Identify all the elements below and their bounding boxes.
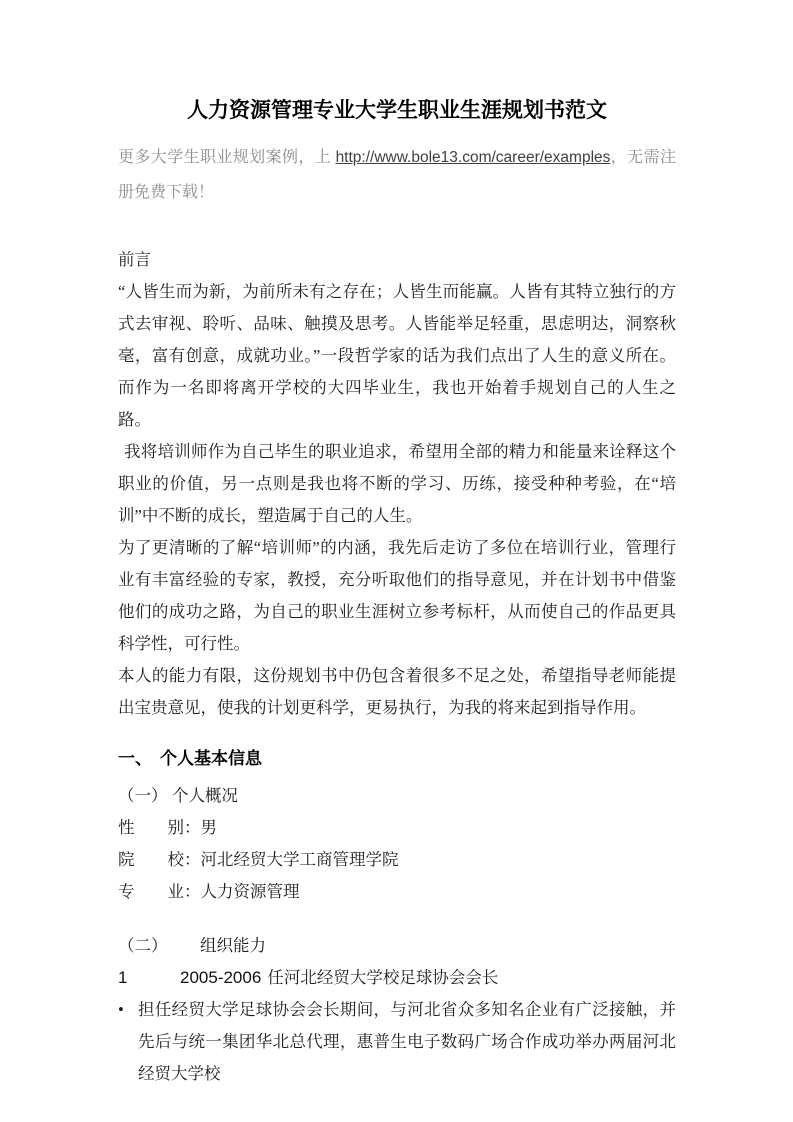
profile-field-gender-label: 性 别： xyxy=(118,818,201,837)
preface-heading: 前言 xyxy=(118,244,676,276)
promo-prefix: 更多大学生职业规划案例，上 xyxy=(118,149,336,166)
profile-field-school: 院 校：河北经贸大学工商管理学院 xyxy=(118,844,676,876)
subsection-1-2-label: （二） xyxy=(118,930,200,962)
org-ability-item-1-period: 2005-2006 xyxy=(180,968,267,987)
promo-line: 更多大学生职业规划案例，上 http://www.bole13.com/care… xyxy=(118,140,676,210)
preface-paragraph-1: “人皆生而为新，为前所未有之存在；人皆生而能赢。人皆有其特立独行的方式去审视、聆… xyxy=(118,276,676,436)
subsection-1-1-label: （一） xyxy=(118,780,172,812)
section-1-heading: 一、个人基本信息 xyxy=(118,744,676,774)
section-1-title: 个人基本信息 xyxy=(160,749,262,768)
preface-paragraph-2: 我将培训师作为自己毕生的职业追求，希望用全部的精力和能量来诠释这个职业的价值，另… xyxy=(118,436,676,532)
document-title: 人力资源管理专业大学生职业生涯规划书范文 xyxy=(118,96,676,126)
profile-field-major-value: 人力资源管理 xyxy=(201,882,300,901)
subsection-1-1-title: 个人概况 xyxy=(172,786,238,805)
org-ability-item-1-role: 任河北经贸大学校足球协会会长 xyxy=(267,968,498,987)
org-ability-bullet-text: 担任经贸大学足球协会会长期间，与河北省众多知名企业有广泛接触，并先后与统一集团华… xyxy=(138,994,676,1090)
document-page: 人力资源管理专业大学生职业生涯规划书范文 更多大学生职业规划案例，上 http:… xyxy=(0,0,793,1122)
preface-paragraph-4: 本人的能力有限，这份规划书中仍包含着很多不足之处，希望指导老师能提出宝贵意见，使… xyxy=(118,660,676,724)
org-ability-item-1-index: 1 xyxy=(118,962,180,994)
subsection-1-2-title: 组织能力 xyxy=(200,936,266,955)
document-content: 人力资源管理专业大学生职业生涯规划书范文 更多大学生职业规划案例，上 http:… xyxy=(0,0,793,1090)
profile-field-major: 专 业：人力资源管理 xyxy=(118,876,676,908)
bullet-icon: • xyxy=(118,994,138,1026)
org-ability-bullet-item: • 担任经贸大学足球协会会长期间，与河北省众多知名企业有广泛接触，并先后与统一集… xyxy=(118,994,676,1090)
section-1-number: 一、 xyxy=(118,744,160,774)
promo-hyperlink[interactable]: http://www.bole13.com/career/examples xyxy=(336,149,611,166)
preface-paragraph-3: 为了更清晰的了解“培训师”的内涵，我先后走访了多位在培训行业，管理行业有丰富经验… xyxy=(118,532,676,660)
subsection-1-2-block: （二）组织能力 12005-2006任河北经贸大学校足球协会会长 • 担任经贸大… xyxy=(118,930,676,1090)
profile-field-school-label: 院 校： xyxy=(118,850,201,869)
profile-field-major-label: 专 业： xyxy=(118,882,201,901)
profile-field-gender-value: 男 xyxy=(201,818,218,837)
subsection-1-2-heading: （二）组织能力 xyxy=(118,930,676,962)
org-ability-item-1: 12005-2006任河北经贸大学校足球协会会长 xyxy=(118,962,676,994)
subsection-1-1-heading: （一）个人概况 xyxy=(118,780,676,812)
profile-field-school-value: 河北经贸大学工商管理学院 xyxy=(201,850,399,869)
profile-field-gender: 性 别：男 xyxy=(118,812,676,844)
